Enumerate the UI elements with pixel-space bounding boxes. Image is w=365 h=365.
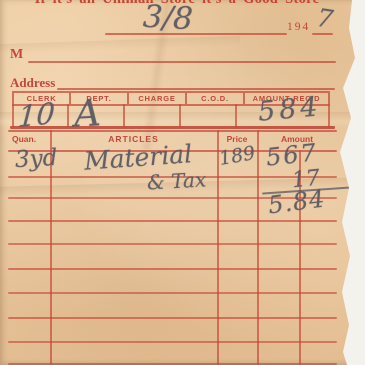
handwritten-year: 7 (315, 3, 335, 34)
printed-year-prefix: 194 (287, 21, 310, 33)
table-rule (123, 104, 125, 127)
table-rule (10, 126, 335, 129)
name-rule (28, 61, 336, 63)
item-row-price: 189 (217, 142, 257, 170)
address-label: Address (10, 75, 55, 91)
table-rule (328, 104, 330, 127)
row-line (8, 317, 337, 319)
table-rule (217, 130, 219, 365)
row-line (8, 268, 337, 270)
receipt-paper: If it's an Uhlman Store it's a Good Stor… (0, 0, 365, 365)
item-row-quantity: 3yd (14, 145, 58, 173)
amount-recd-value-handwritten: 584 (257, 91, 323, 127)
tax-label-handwritten: & Tax (146, 167, 206, 194)
table-rule (235, 104, 237, 127)
address-rule (57, 88, 335, 90)
row-line (8, 341, 337, 343)
table-rule (257, 130, 259, 365)
column-header-cod: C.O.D. (187, 93, 245, 104)
date-rule (105, 33, 287, 35)
column-header-charge: CHARGE (129, 93, 187, 104)
table-rule (12, 104, 14, 127)
paper-crease (0, 36, 240, 54)
row-line (8, 243, 337, 245)
clerk-value-handwritten: 10 (17, 96, 56, 134)
row-line (8, 220, 337, 222)
column-header-quan: Quan. (12, 134, 36, 144)
table-rule (67, 104, 69, 127)
receipt-photo: If it's an Uhlman Store it's a Good Stor… (0, 0, 365, 365)
table-rule (8, 130, 337, 132)
total-amount-handwritten: 5.84 (267, 185, 327, 220)
row-line (8, 292, 337, 294)
table-rule (179, 104, 181, 127)
handwritten-date: 3/8 (142, 0, 194, 37)
name-label: M (10, 47, 23, 63)
